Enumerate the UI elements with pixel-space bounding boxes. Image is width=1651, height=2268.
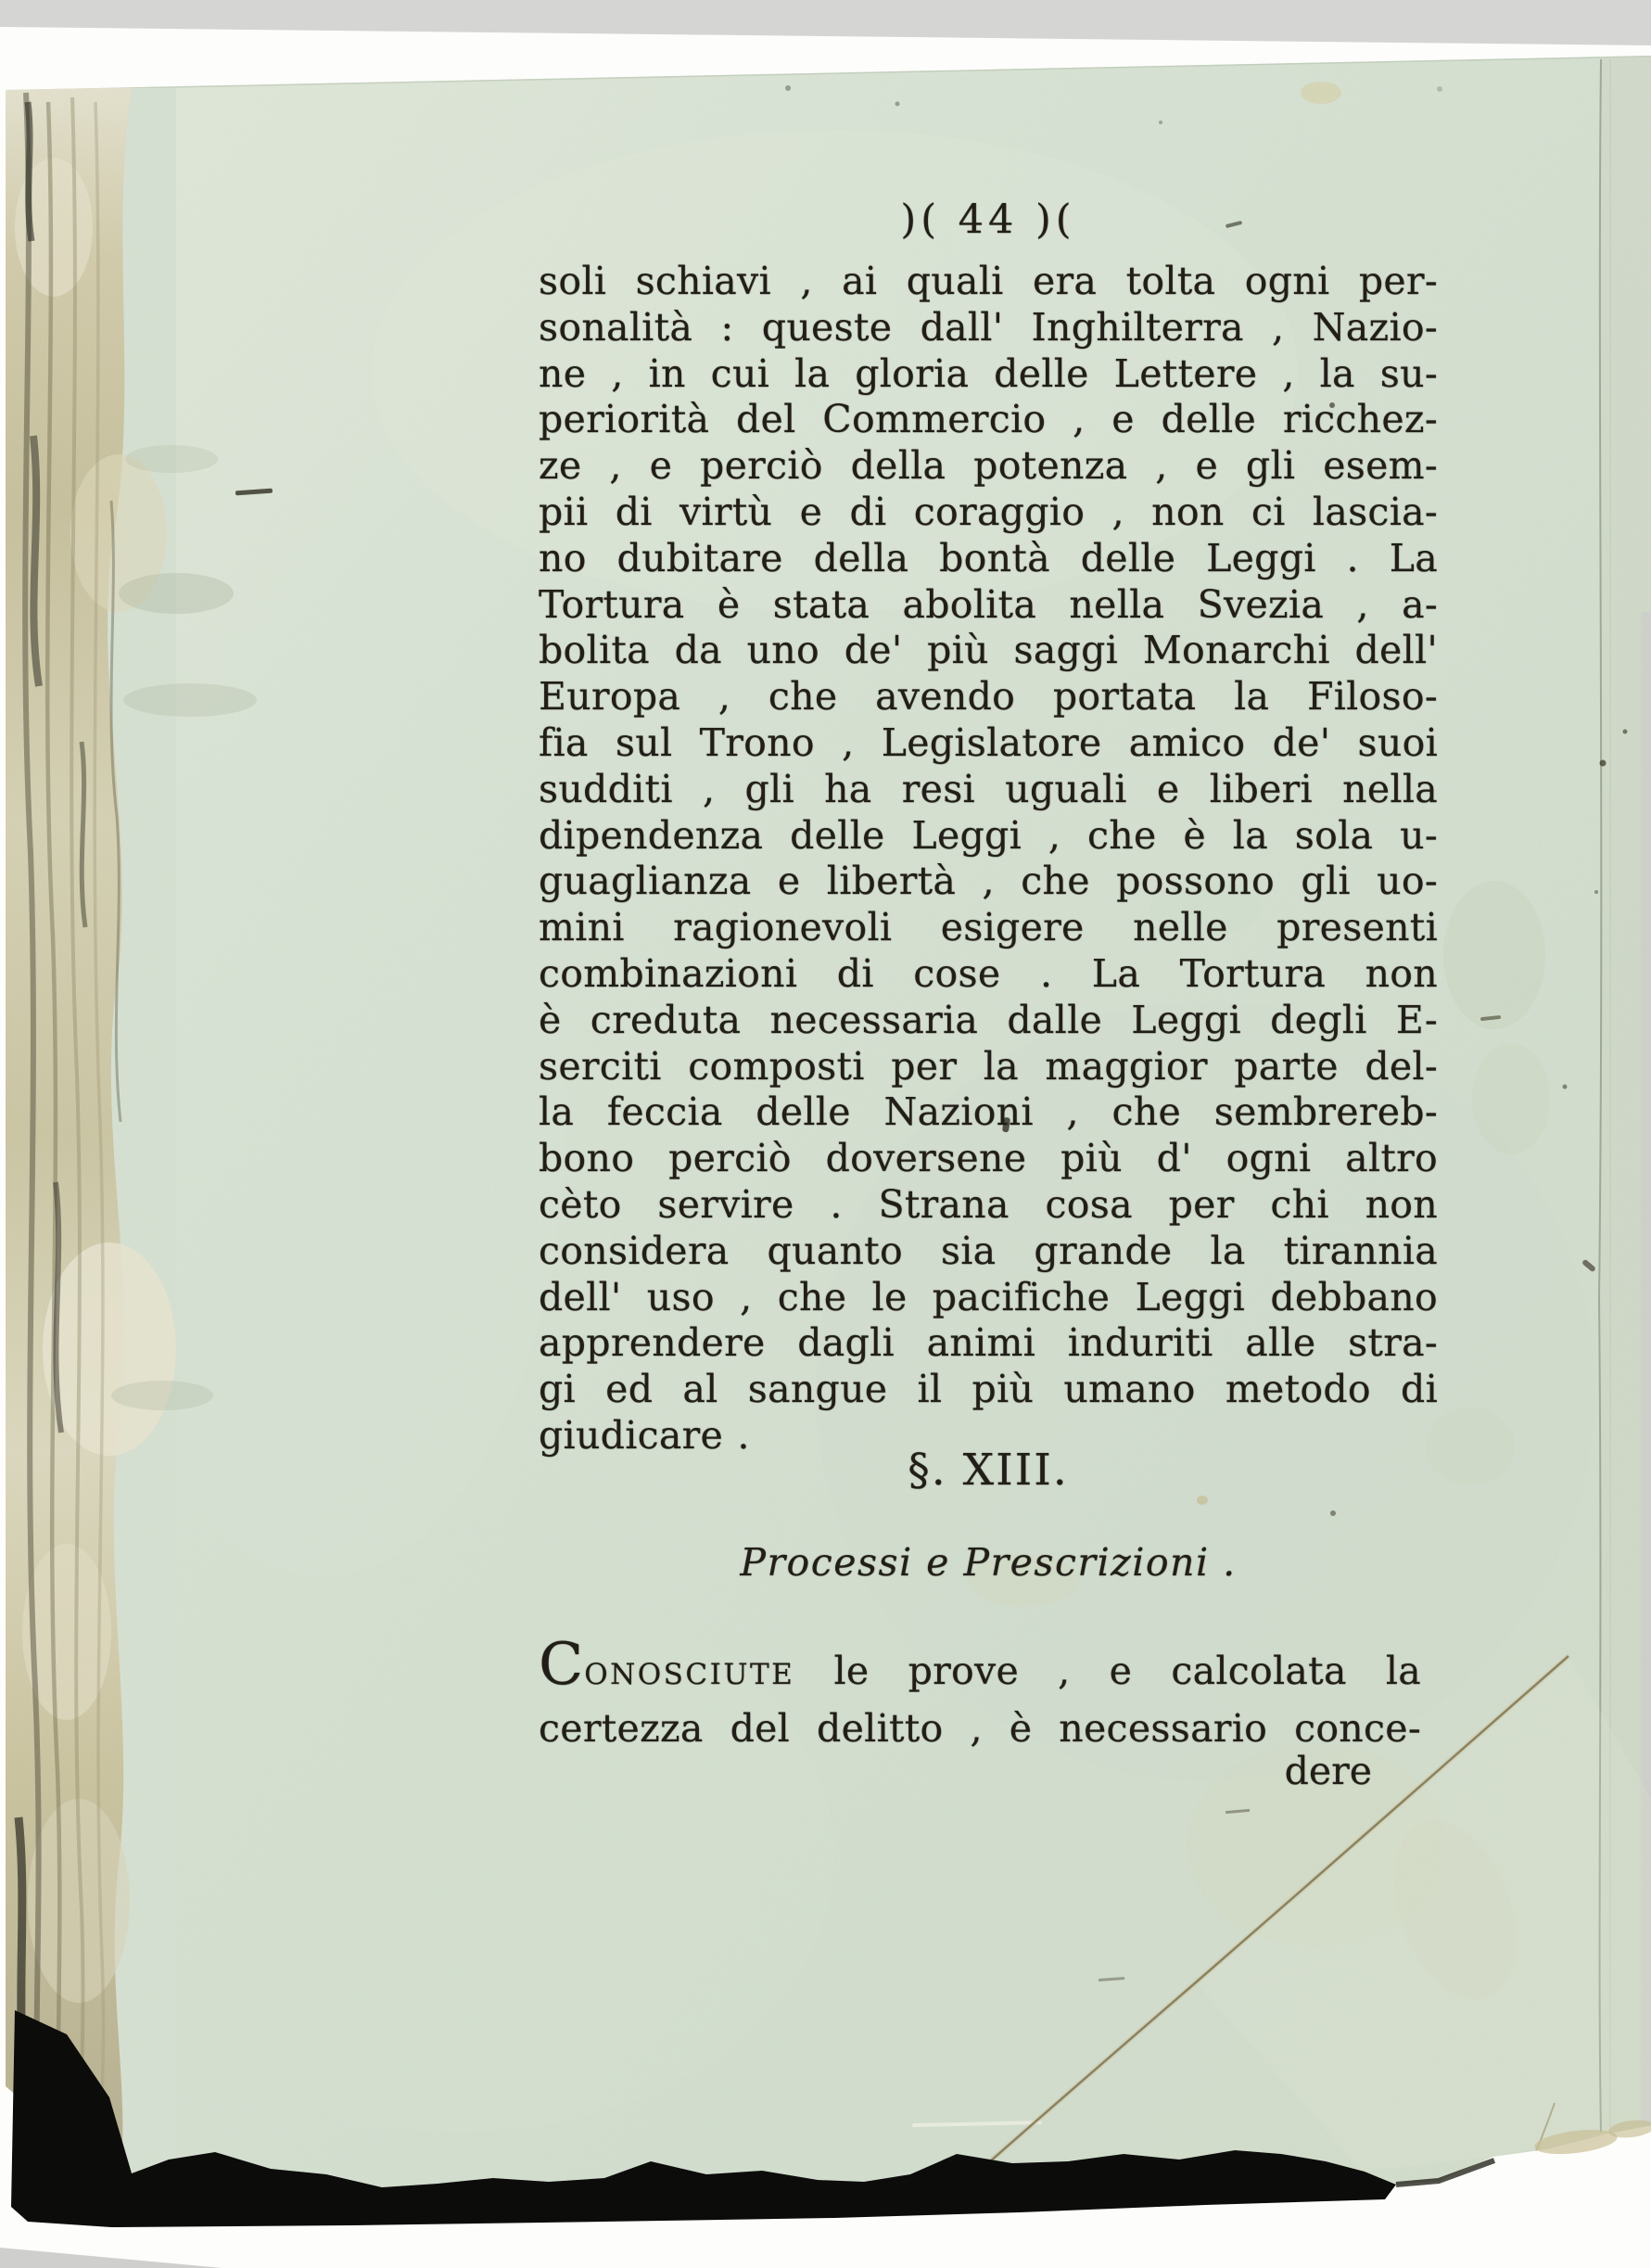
text-line: cèto servire . Strana cosa per chi non (539, 1182, 1438, 1229)
text-line: apprendere dagli animi induriti alle str… (539, 1320, 1438, 1367)
text-line: fia sul Trono , Legislatore amico de' su… (539, 720, 1438, 767)
small-caps-word: ONOSCIUTE (584, 1658, 794, 1691)
line-rest: le prove , e calcolata la (794, 1649, 1421, 1693)
text-line: certezza del delitto , è necessario conc… (539, 1701, 1421, 1755)
section-subtitle: Processi e Prescrizioni . (539, 1540, 1438, 1585)
drop-cap-initial: C (539, 1630, 584, 1698)
text-line: mini ragionevoli esigere nelle presenti (539, 905, 1438, 951)
catchword: dere (539, 1749, 1372, 1793)
text-line: sonalità : queste dall' Inghilterra , Na… (539, 305, 1438, 351)
closing-paragraph: CONOSCIUTE le prove , e calcolata la cer… (539, 1637, 1421, 1755)
text-line: bolita da uno de' più saggi Monarchi del… (539, 628, 1438, 674)
section-heading: §. XIII. (539, 1445, 1438, 1496)
text-line: Tortura è stata abolita nella Svezia , a… (539, 582, 1438, 629)
page-number-header: )( 44 )( (539, 197, 1438, 243)
text-line: considera quanto sia grande la tirannia (539, 1229, 1438, 1275)
text-line: bono perciò doversene più d' ogni altro (539, 1136, 1438, 1182)
text-line: guaglianza e libertà , che possono gli u… (539, 859, 1438, 905)
text-line: dipendenza delle Leggi , che è la sola u… (539, 813, 1438, 860)
text-line: è creduta necessaria dalle Leggi degli E… (539, 998, 1438, 1044)
text-line: la feccia delle Nazioni , che sembrereb- (539, 1089, 1438, 1136)
main-paragraph: soli schiavi , ai quali era tolta ogni p… (539, 259, 1438, 1459)
text-line: soli schiavi , ai quali era tolta ogni p… (539, 259, 1438, 305)
text-line: periorità del Commercio , e delle ricche… (539, 397, 1438, 443)
text-line: Europa , che avendo portata la Filoso- (539, 674, 1438, 720)
text-line: CONOSCIUTE le prove , e calcolata la (539, 1637, 1421, 1701)
text-line: combinazioni di cose . La Tortura non (539, 951, 1438, 998)
text-line: pii di virtù e di coraggio , non ci lasc… (539, 490, 1438, 536)
text-line: serciti composti per la maggior parte de… (539, 1044, 1438, 1090)
text-line: ze , e perciò della potenza , e gli esem… (539, 443, 1438, 490)
text-line: ne , in cui la gloria delle Lettere , la… (539, 351, 1438, 398)
text-line: gi ed al sangue il più umano metodo di (539, 1367, 1438, 1413)
scanned-book-page: )( 44 )( soli schiavi , ai quali era tol… (0, 0, 1651, 2268)
text-line: dell' uso , che le pacifiche Leggi debba… (539, 1275, 1438, 1321)
text-line: sudditi , gli ha resi uguali e liberi ne… (539, 767, 1438, 813)
text-line: no dubitare della bontà delle Leggi . La (539, 536, 1438, 582)
